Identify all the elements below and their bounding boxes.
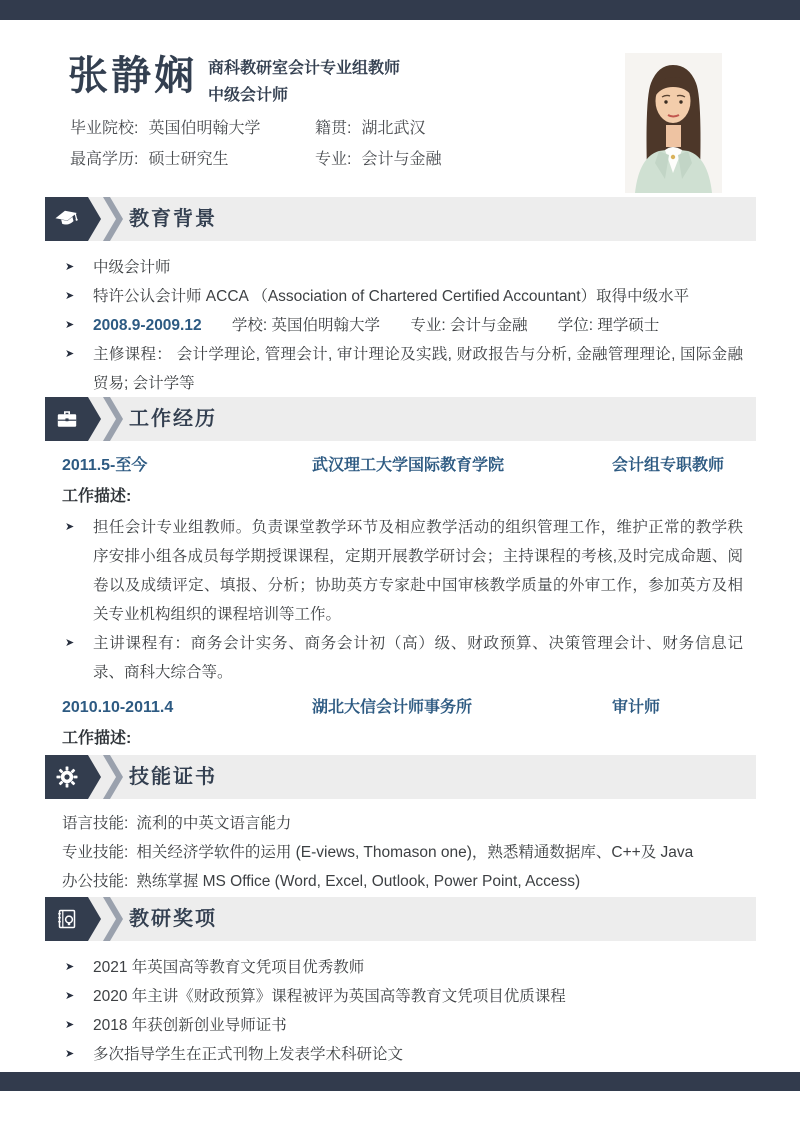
section-title: 教研奖项 (129, 897, 756, 941)
list-item: 2018 年获创新创业导师证书 (65, 1011, 745, 1040)
list-item: 2008.9-2009.12 学校: 英国伯明翰大学 专业: 会计与金融 学位:… (65, 311, 745, 340)
award-item: 2021 年英国高等教育文凭项目优秀教师 (93, 953, 743, 982)
bullet-arrow-icon (65, 253, 93, 282)
list-item: 特许公认会计师 ACCA （Association of Chartered C… (65, 282, 745, 311)
education-degree-row: 2008.9-2009.12 学校: 英国伯明翰大学 专业: 会计与金融 学位:… (93, 311, 743, 340)
section-icon-block (45, 755, 101, 799)
list-item: 中级会计师 (65, 253, 745, 282)
graduation-cap-icon (55, 207, 79, 231)
job-row: 2010.10-2011.4 湖北大信会计师事务所 审计师 (62, 693, 800, 722)
list-item: 主讲课程有：商务会计实务、商务会计初（高）级、财政预算、决策管理会计、财务信息记… (65, 629, 745, 687)
section-header: 教育背景 (45, 197, 756, 241)
education-cert: 中级会计师 (93, 253, 743, 282)
chevron-right-icon (103, 197, 123, 241)
list-item: 2021 年英国高等教育文凭项目优秀教师 (65, 953, 745, 982)
skill-value: 相关经济学软件的运用 (E-views, Thomason one)，熟悉精通数… (136, 844, 693, 861)
top-accent-bar (0, 0, 800, 20)
section-title: 工作经历 (129, 397, 756, 441)
bullet-arrow-icon (65, 311, 93, 340)
info-label: 籍贯: (315, 120, 351, 137)
info-value: 硕士研究生 (148, 151, 228, 168)
job-role: 会计组专职教师 (612, 451, 724, 480)
bullet-arrow-icon (65, 1040, 93, 1069)
list-item: 多次指导学生在正式刊物上发表学术科研论文 (65, 1040, 745, 1069)
section-education: 教育背景 中级会计师 特许公认会计师 ACCA （Association of … (0, 197, 800, 398)
bullet-arrow-icon (65, 513, 93, 629)
job-duty: 主讲课程有：商务会计实务、商务会计初（高）级、财政预算、决策管理会计、财务信息记… (93, 629, 743, 687)
section-icon-block (45, 397, 101, 441)
basic-info-grid: 毕业院校:英国伯明翰大学 籍贯:湖北武汉 最高学历:硕士研究生 专业:会计与金融 (70, 118, 441, 171)
info-value: 英国伯明翰大学 (148, 120, 260, 137)
job-role: 审计师 (612, 693, 660, 722)
section-work: 工作经历 2011.5-至今 武汉理工大学国际教育学院 会计组专职教师 工作描述… (0, 397, 800, 784)
job-row: 2011.5-至今 武汉理工大学国际教育学院 会计组专职教师 (62, 451, 800, 480)
info-cell: 毕业院校:英国伯明翰大学 (70, 118, 315, 140)
section-title: 教育背景 (129, 197, 756, 241)
chevron-right-icon (103, 755, 123, 799)
chevron-right-icon (103, 397, 123, 441)
person-titles: 商科教研室会计专业组教师 中级会计师 (208, 55, 400, 109)
skill-label: 语言技能: (62, 815, 128, 832)
award-item: 多次指导学生在正式刊物上发表学术科研论文 (93, 1040, 743, 1069)
person-name: 张静娴 (68, 44, 197, 101)
bullet-arrow-icon (65, 953, 93, 982)
skill-label: 办公技能: (62, 873, 128, 890)
bullet-arrow-icon (65, 340, 93, 398)
info-label: 专业: (315, 151, 351, 168)
award-item: 2020 年主讲《财政预算》课程被评为英国高等教育文凭项目优质课程 (93, 982, 743, 1011)
bullet-arrow-icon (65, 629, 93, 687)
education-date: 2008.9-2009.12 (93, 311, 202, 340)
info-cell: 籍贯:湖北武汉 (315, 118, 441, 140)
job-date: 2010.10-2011.4 (62, 693, 312, 722)
education-degree: 学位: 理学硕士 (558, 311, 660, 340)
section-header: 教研奖项 (45, 897, 756, 941)
section-header: 工作经历 (45, 397, 756, 441)
skill-label: 专业技能: (62, 844, 128, 861)
briefcase-icon (55, 407, 79, 431)
info-cell: 最高学历:硕士研究生 (70, 149, 315, 171)
gear-icon (55, 765, 79, 789)
section-icon-block (45, 897, 101, 941)
job-desc-label: 工作描述: (62, 482, 800, 511)
section-icon-block (45, 197, 101, 241)
info-cell: 专业:会计与金融 (315, 149, 441, 171)
job-company: 湖北大信会计师事务所 (312, 693, 612, 722)
job-date: 2011.5-至今 (62, 451, 312, 480)
skill-value: 流利的中英文语言能力 (136, 815, 291, 832)
person-title-line1: 商科教研室会计专业组教师 (208, 55, 400, 82)
info-label: 毕业院校: (70, 120, 138, 137)
bullet-arrow-icon (65, 1011, 93, 1040)
skill-row: 专业技能:相关经济学软件的运用 (E-views, Thomason one)，… (62, 838, 800, 867)
award-item: 2018 年获创新创业导师证书 (93, 1011, 743, 1040)
section-awards: 教研奖项 2021 年英国高等教育文凭项目优秀教师 2020 年主讲《财政预算》… (0, 897, 800, 1069)
section-title: 技能证书 (129, 755, 756, 799)
skill-row: 语言技能:流利的中英文语言能力 (62, 809, 800, 838)
section-skills: 技能证书 语言技能:流利的中英文语言能力 专业技能:相关经济学软件的运用 (E-… (0, 755, 800, 896)
education-cert: 特许公认会计师 ACCA （Association of Chartered C… (93, 282, 743, 311)
job-desc-label: 工作描述: (62, 724, 800, 753)
education-school: 学校: 英国伯明翰大学 (232, 311, 380, 340)
list-item: 2020 年主讲《财政预算》课程被评为英国高等教育文凭项目优质课程 (65, 982, 745, 1011)
bullet-arrow-icon (65, 282, 93, 311)
skill-row: 办公技能:熟练掌握 MS Office (Word, Excel, Outloo… (62, 867, 800, 896)
job-duty: 担任会计专业组教师。负责课堂教学环节及相应教学活动的组织管理工作，维护正常的教学… (93, 513, 743, 629)
chevron-right-icon (103, 897, 123, 941)
education-courses: 主修课程： 会计学理论, 管理会计, 审计理论及实践, 财政报告与分析, 金融管… (93, 340, 743, 398)
person-title-line2: 中级会计师 (208, 82, 400, 109)
info-value: 湖北武汉 (361, 120, 425, 137)
education-major: 专业: 会计与金融 (410, 311, 527, 340)
job-company: 武汉理工大学国际教育学院 (312, 451, 612, 480)
bottom-accent-bar (0, 1072, 800, 1091)
info-label: 最高学历: (70, 151, 138, 168)
skill-value: 熟练掌握 MS Office (Word, Excel, Outlook, Po… (136, 873, 580, 890)
list-item: 主修课程： 会计学理论, 管理会计, 审计理论及实践, 财政报告与分析, 金融管… (65, 340, 745, 398)
profile-photo (625, 53, 722, 193)
list-item: 担任会计专业组教师。负责课堂教学环节及相应教学活动的组织管理工作，维护正常的教学… (65, 513, 745, 629)
award-book-icon (55, 907, 79, 931)
bullet-arrow-icon (65, 982, 93, 1011)
info-value: 会计与金融 (361, 151, 441, 168)
section-header: 技能证书 (45, 755, 756, 799)
